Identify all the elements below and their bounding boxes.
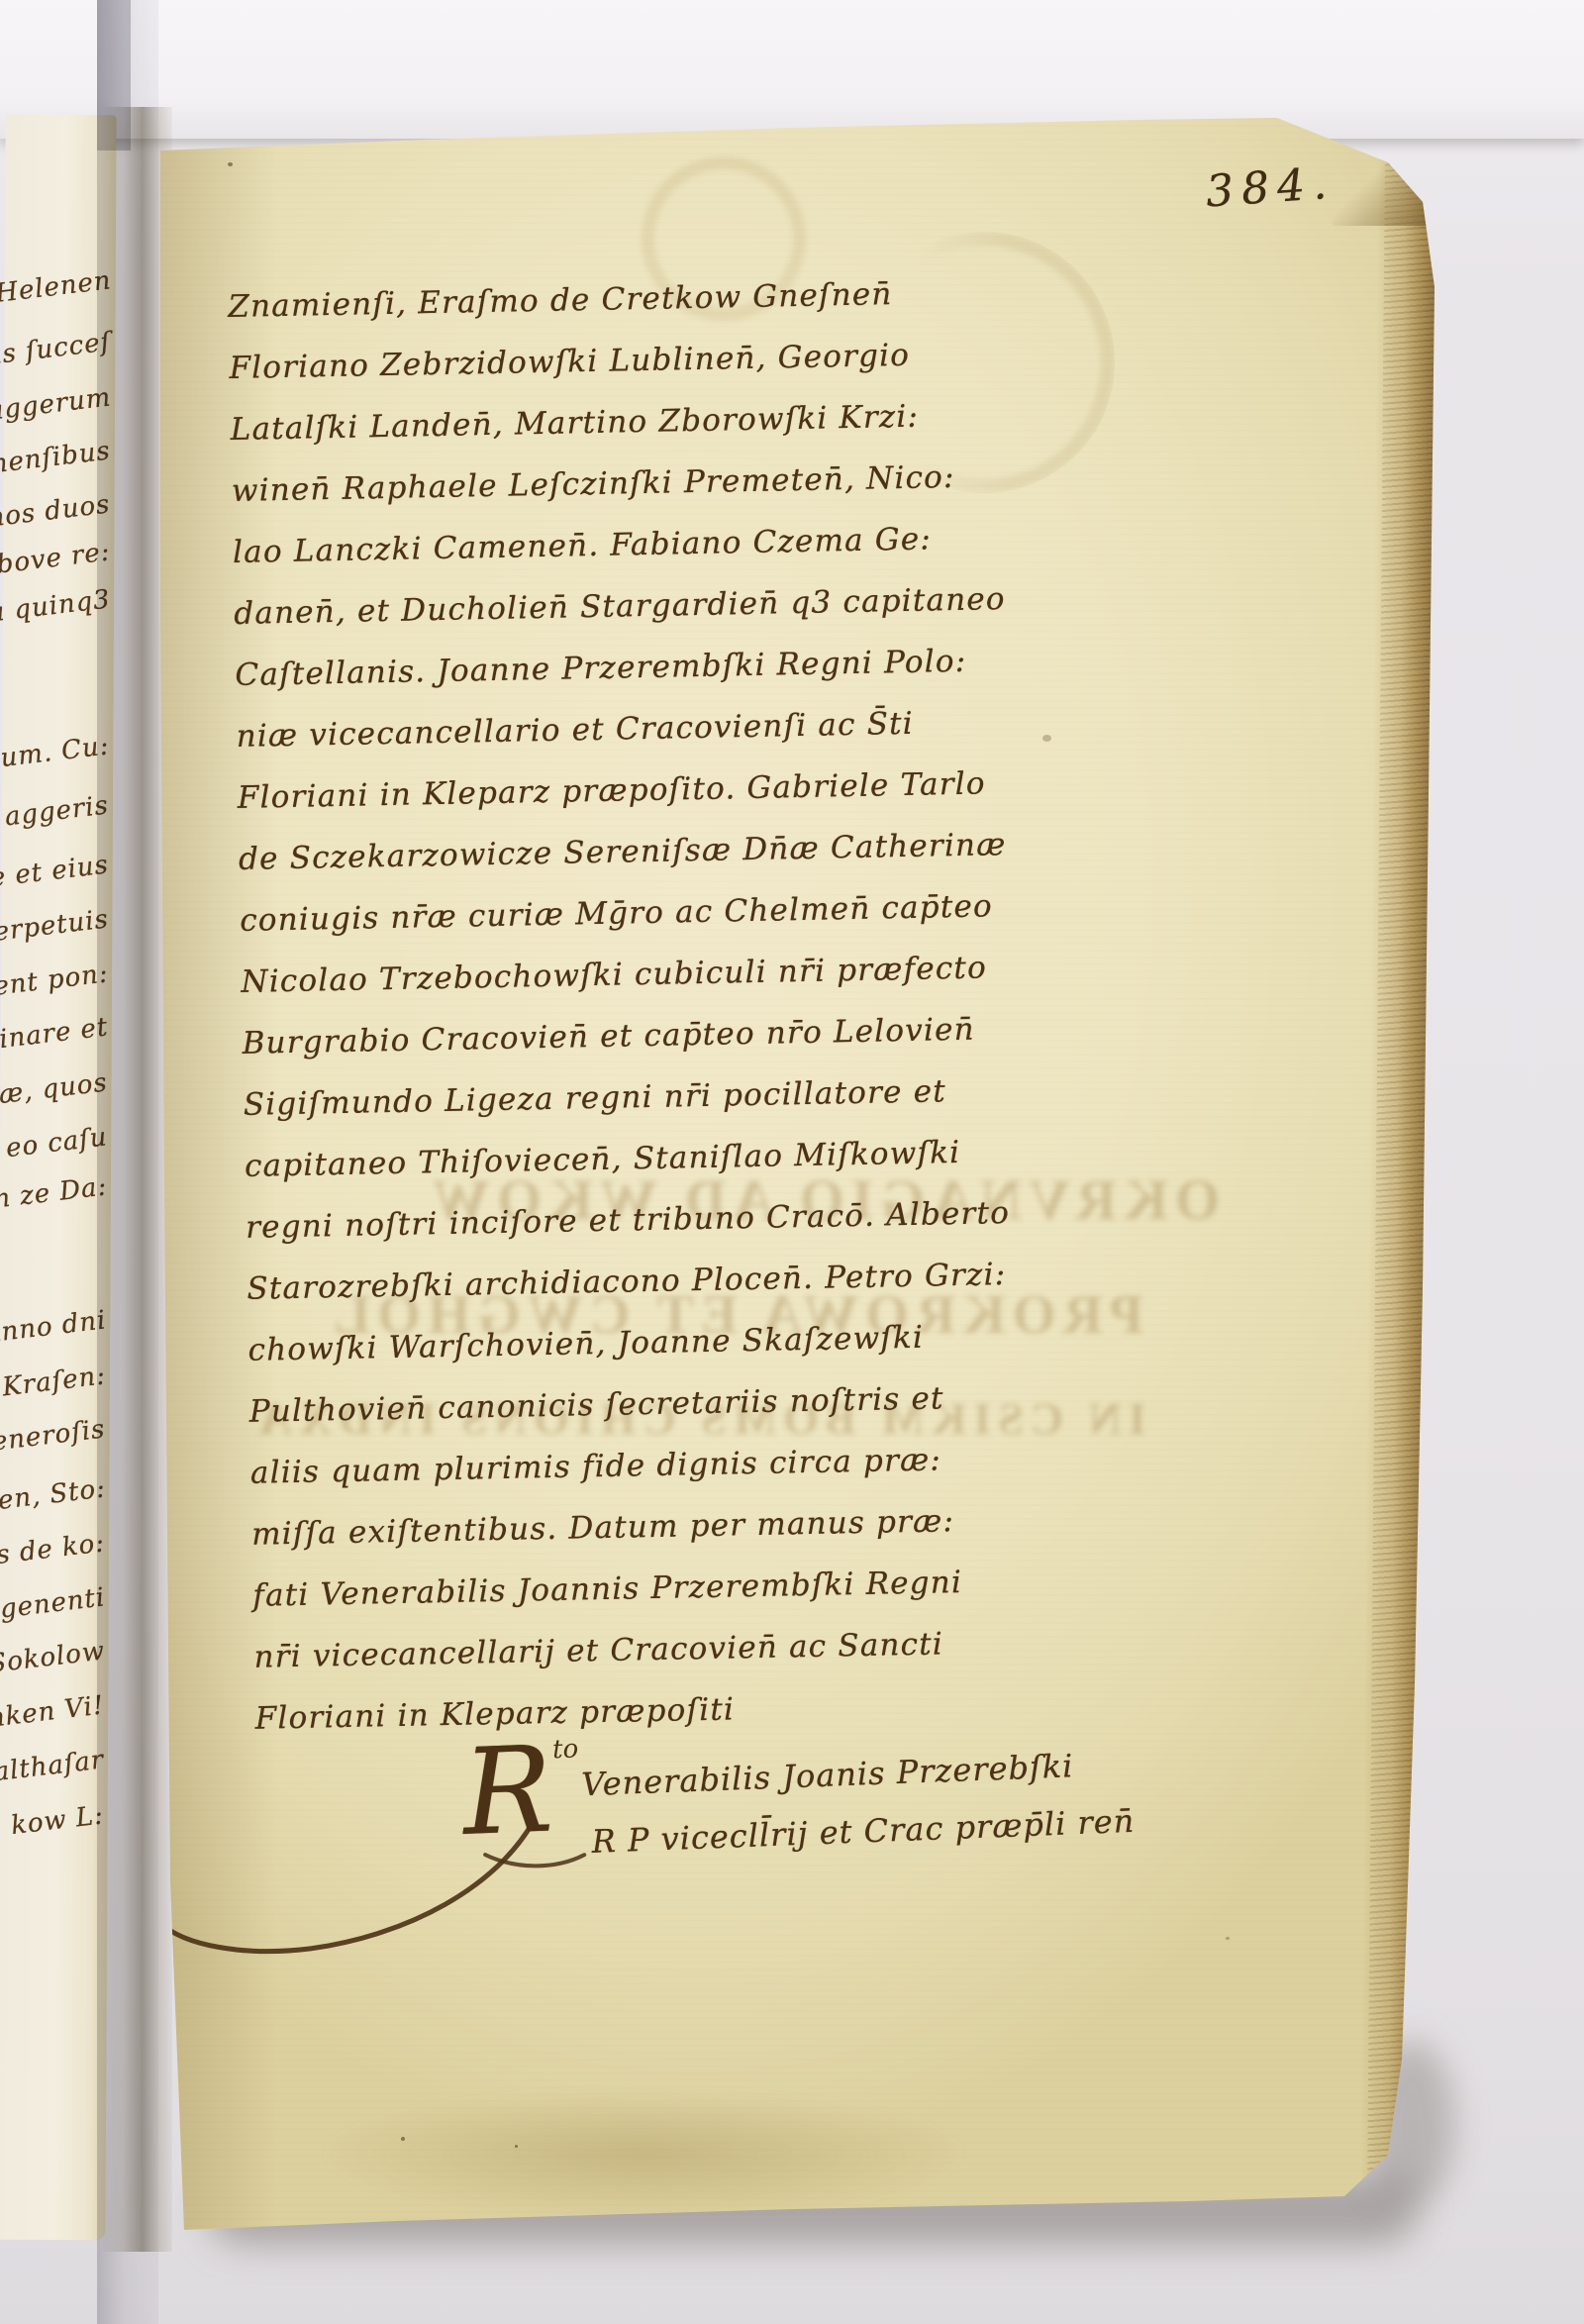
manuscript-text-line: Latalſki Landen̄, Martino Zborowſki Krzi… [230,399,919,448]
manuscript-text-line: Floriani in Kleparz præpoſito. Gabriele … [238,765,986,816]
previous-page-fragment: volent pon: [0,959,110,1006]
signature-initial: R [460,1731,554,1853]
previous-page-fragment: Anno dni [0,1305,108,1349]
ink-speck [401,2137,405,2141]
manuscript-text-line: niæ vicecancellario et Cracovienſi ac S̄… [236,706,914,755]
manuscript-text-line: nr̄i vicecancellarij et Cracovien̄ ac Sa… [253,1626,943,1674]
manuscript-page: OKRVNAGIO AD WKOWPROKROWA ET CWGHOLIN CS… [0,0,1584,2324]
signature-block: R to Venerabilis Joanis Przerebſki R P v… [460,1707,1182,1981]
holding-strap [97,0,158,2324]
previous-page-fragment: perpetuis [0,904,110,949]
holding-strap-top [97,0,131,151]
manuscript-text-block: Znamienſi, Eraſmo de Cretkow Gneſnen̄Flo… [228,271,1177,1774]
previous-page-fragment: nſiæ, quos [0,1067,109,1114]
damp-stain [317,2089,970,2218]
manuscript-text-line: Floriano Zebrzidowſki Lublinen̄, Georgio [229,338,910,386]
previous-page-fragment: in eo caſu [0,1122,109,1167]
manuscript-text-line: Pulthovien̄ canonicis ſecretariis noſtri… [248,1380,944,1429]
manuscript-text-line: winen̄ Raphaele Leſczinſki Premeten̄, Ni… [232,459,955,509]
ink-speck [228,162,233,166]
manuscript-text-line: danen̄, et Ducholien̄ Stargardien̄ q3 ca… [234,581,1006,632]
previous-page-fragment: nſis de ko: [0,1528,107,1574]
manuscript-text-line: Starozrebſki archidiacono Plocen̄. Petro… [247,1257,1007,1307]
cover-sheet [0,0,1584,139]
previous-page-fragment: vien, Sto: [0,1473,107,1518]
previous-page-fragment: Balthaſar [0,1745,106,1789]
previous-page-fragment: generoſis [0,1414,107,1459]
previous-page-fragment: ij. Kraſen: [0,1361,108,1406]
manuscript-text-line: miſſa exiſtentibus. Datum per manus præ: [251,1503,955,1553]
previous-page-fragment: mum. Cu: [0,731,111,776]
ink-speck [515,2145,518,2148]
previous-page-fragment: de Sokolow [0,1636,106,1684]
manuscript-text-line: aliis quam plurimis fide dignis circa pr… [250,1442,942,1490]
manuscript-text-line: de Sczekarzowicze Sereniſsæ Dn̄æ Catheri… [239,827,1007,877]
manuscript-text-line: fati Venerabilis Joannis Przerembſki Reg… [252,1565,962,1614]
previous-page-fragment: kow L: [10,1800,106,1841]
previous-page-fragment: et aggerum [0,382,113,431]
manuscript-text-line: Nicolao Trzebochowſki cubiculi nr̄i præf… [241,950,987,999]
signature-superscript: to [552,1734,579,1765]
manuscript-text-line: lao Lanczki Camenen̄. Fabiano Czema Ge: [233,521,933,570]
previous-page-fragment: à quinq3 [0,584,112,628]
ink-speck [1226,1937,1230,1940]
previous-page-fragment: um ze Da: [0,1171,109,1217]
folio-number: 384. [1204,158,1336,218]
previous-page-fragment: clinare et [0,1012,110,1058]
manuscript-text-line: coniugis nr̄æ curiæ Mḡro ac Chelmen̄ cap… [240,888,993,939]
previous-page-fragment: ae et eius [0,850,110,895]
previous-page-fragment: in menſibus [0,436,113,484]
manuscript-text-line: Sigiſmundo Ligeza regni nr̄i pocillatore… [243,1073,946,1123]
manuscript-text-line: capitaneo Thiſoviecen̄, Staniſlao Miſkow… [245,1135,961,1184]
manuscript-text-line: chowſki Warſchovien̄, Joanne Skaſzewſki [247,1320,924,1368]
previous-page-fragment: ae, aggeris [0,790,111,838]
previous-page-fragment: annos duos [0,489,112,537]
previous-page-fragment: à bove re: [0,537,112,582]
previous-page-fragment: e genenti [0,1582,107,1627]
manuscript-text-line: Burgrabio Cracovien̄ et cap̄teo nr̄o Lel… [242,1012,975,1061]
manuscript-text-line: regni noſtri inciſore et tribuno Cracō. … [246,1195,1010,1246]
manuscript-text-line: Caſtellanis. Joanne Przerembſki Regni Po… [235,644,966,693]
archive-photo: { "photo": { "description": "Photograph … [0,0,1584,2324]
previous-page-fragment: nken Vi! [0,1690,106,1734]
